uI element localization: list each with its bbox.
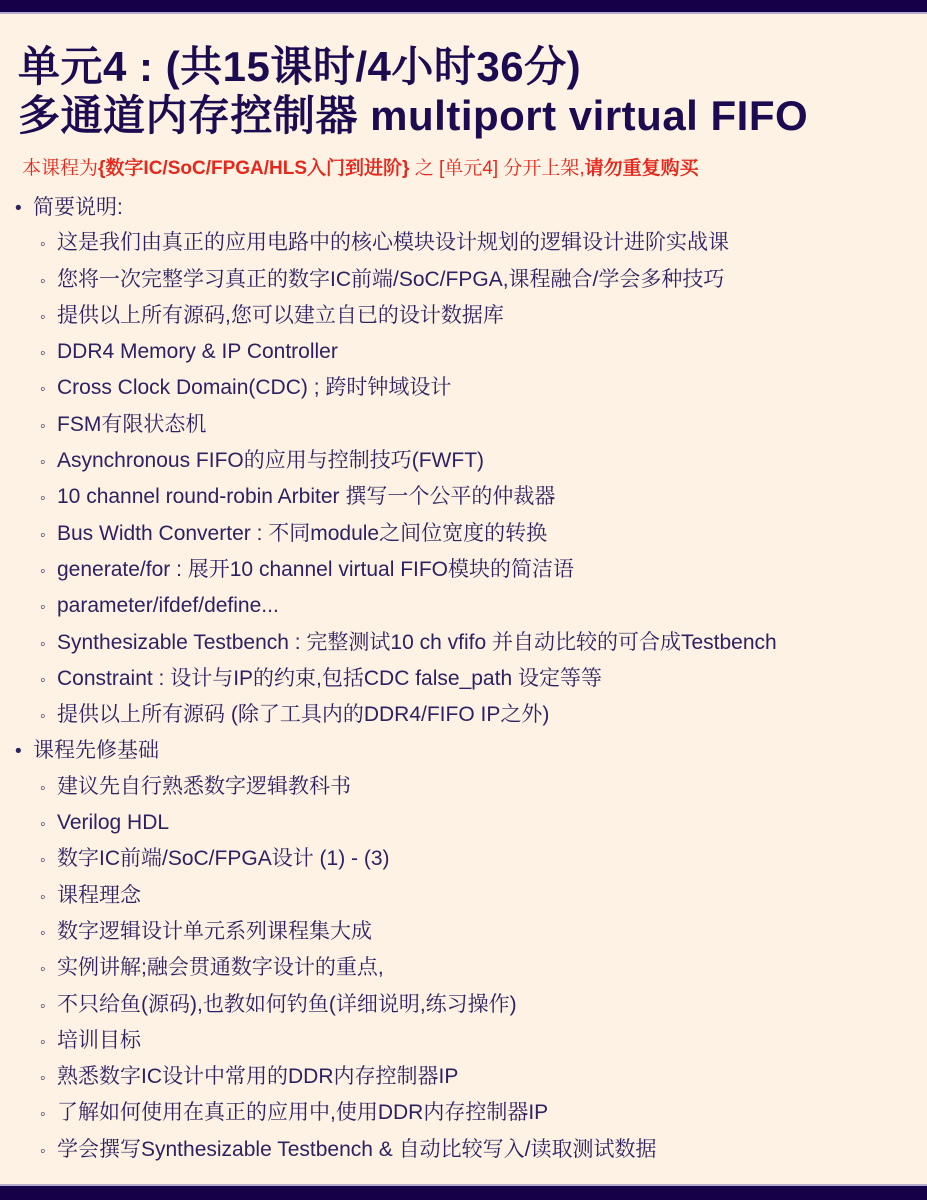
list-item: ◦FSM有限状态机 [0, 408, 927, 444]
top-bar [0, 0, 927, 14]
course-description-list: •简要说明: ◦这是我们由真正的应用电路中的核心模块设计规划的逻辑设计进阶实战课… [0, 191, 927, 1169]
list-item-label: 学会撰写Synthesizable Testbench & 自动比较写入/读取测… [57, 1138, 656, 1161]
list-item-label: 10 channel round-robin Arbiter 撰写一个公平的仲裁… [57, 485, 555, 508]
list-item: ◦提供以上所有源码 (除了工具内的DDR4/FIFO IP之外) [0, 698, 927, 734]
disc-bullet-icon: • [15, 735, 33, 769]
list-item-label: 实例讲解;融会贯通数字设计的重点, [57, 956, 384, 979]
list-item: ◦培训目标 [0, 1024, 927, 1060]
circle-bullet-icon: ◦ [40, 337, 57, 371]
list-item-label: DDR4 Memory & IP Controller [57, 340, 338, 363]
page-title-line2: 多通道内存控制器 multiport virtual FIFO [18, 91, 927, 140]
list-item: ◦数字IC前端/SoC/FPGA设计 (1) - (3) [0, 842, 927, 878]
circle-bullet-icon: ◦ [40, 228, 57, 262]
page-title-line1: 单元4 : (共15课时/4小时36分) [18, 42, 927, 91]
list-item: ◦generate/for : 展开10 channel virtual FIF… [0, 553, 927, 589]
list-item-label: 数字IC前端/SoC/FPGA设计 (1) - (3) [57, 847, 390, 870]
list-item-label: 培训目标 [57, 1029, 141, 1052]
list-item-label: Asynchronous FIFO的应用与控制技巧(FWFT) [57, 449, 484, 472]
list-item: ◦Asynchronous FIFO的应用与控制技巧(FWFT) [0, 444, 927, 480]
list-item-label: 提供以上所有源码 (除了工具内的DDR4/FIFO IP之外) [57, 703, 549, 726]
list-item: ◦建议先自行熟悉数字逻辑教科书 [0, 770, 927, 806]
notice-course-series: {数字IC/SoC/FPGA/HLS入门到进阶} [98, 158, 409, 179]
circle-bullet-icon: ◦ [40, 844, 57, 878]
list-item: ◦Bus Width Converter : 不同module之间位宽度的转换 [0, 517, 927, 553]
list-item-label: Constraint : 设计与IP的约束,包括CDC false_path 设… [57, 667, 602, 690]
list-item: ◦DDR4 Memory & IP Controller [0, 335, 927, 371]
list-item-label: 建议先自行熟悉数字逻辑教科书 [57, 775, 351, 798]
circle-bullet-icon: ◦ [40, 555, 57, 589]
list-item-label: 这是我们由真正的应用电路中的核心模块设计规划的逻辑设计进阶实战课 [57, 231, 729, 254]
circle-bullet-icon: ◦ [40, 700, 57, 734]
list-item-label: FSM有限状态机 [57, 413, 206, 436]
circle-bullet-icon: ◦ [40, 1098, 57, 1132]
section-heading: 简要说明: [33, 196, 123, 219]
circle-bullet-icon: ◦ [40, 664, 57, 698]
list-item-label: Synthesizable Testbench : 完整测试10 ch vfif… [57, 631, 777, 654]
circle-bullet-icon: ◦ [40, 953, 57, 987]
list-item-label: generate/for : 展开10 channel virtual FIFO… [57, 558, 574, 581]
circle-bullet-icon: ◦ [40, 482, 57, 516]
circle-bullet-icon: ◦ [40, 881, 57, 915]
list-item: ◦熟悉数字IC设计中常用的DDR内存控制器IP [0, 1060, 927, 1096]
list-item-label: Bus Width Converter : 不同module之间位宽度的转换 [57, 522, 547, 545]
circle-bullet-icon: ◦ [40, 373, 57, 407]
list-item: ◦Constraint : 设计与IP的约束,包括CDC false_path … [0, 662, 927, 698]
circle-bullet-icon: ◦ [40, 519, 57, 553]
list-item: ◦这是我们由真正的应用电路中的核心模块设计规划的逻辑设计进阶实战课 [0, 226, 927, 262]
circle-bullet-icon: ◦ [40, 301, 57, 335]
notice-prefix: 本课程为 [22, 158, 98, 179]
list-item: ◦Cross Clock Domain(CDC) ; 跨时钟域设计 [0, 371, 927, 407]
list-item: ◦Verilog HDL [0, 806, 927, 842]
notice-warning: 请勿重复购买 [585, 158, 699, 179]
circle-bullet-icon: ◦ [40, 990, 57, 1024]
list-item: ◦实例讲解;融会贯通数字设计的重点, [0, 951, 927, 987]
list-item: ◦数字逻辑设计单元系列课程集大成 [0, 915, 927, 951]
section-heading-row: •课程先修基础 [0, 734, 927, 769]
circle-bullet-icon: ◦ [40, 1026, 57, 1060]
purchase-notice: 本课程为{数字IC/SoC/FPGA/HLS入门到进阶} 之 [单元4] 分开上… [22, 156, 927, 182]
disc-bullet-icon: • [15, 192, 33, 226]
circle-bullet-icon: ◦ [40, 1062, 57, 1096]
circle-bullet-icon: ◦ [40, 446, 57, 480]
circle-bullet-icon: ◦ [40, 808, 57, 842]
list-item-label: 课程理念 [57, 884, 141, 907]
list-item: ◦课程理念 [0, 879, 927, 915]
list-item: ◦不只给鱼(源码),也教如何钓鱼(详细说明,练习操作) [0, 988, 927, 1024]
circle-bullet-icon: ◦ [40, 410, 57, 444]
list-item: ◦提供以上所有源码,您可以建立自已的设计数据库 [0, 299, 927, 335]
list-item-label: 提供以上所有源码,您可以建立自已的设计数据库 [57, 304, 504, 327]
list-item-label: parameter/ifdef/define... [57, 594, 279, 617]
list-item: ◦10 channel round-robin Arbiter 撰写一个公平的仲… [0, 480, 927, 516]
list-item: ◦了解如何使用在真正的应用中,使用DDR内存控制器IP [0, 1096, 927, 1132]
page-title: 单元4 : (共15课时/4小时36分) 多通道内存控制器 multiport … [18, 42, 927, 140]
list-item-label: 您将一次完整学习真正的数字IC前端/SoC/FPGA,课程融合/学会多种技巧 [57, 268, 724, 291]
list-item-label: Cross Clock Domain(CDC) ; 跨时钟域设计 [57, 376, 451, 399]
notice-middle: 之 [单元4] 分开上架, [409, 158, 584, 179]
list-item-label: Verilog HDL [57, 811, 169, 834]
list-item: ◦Synthesizable Testbench : 完整测试10 ch vfi… [0, 626, 927, 662]
section-heading: 课程先修基础 [33, 739, 159, 762]
circle-bullet-icon: ◦ [40, 772, 57, 806]
circle-bullet-icon: ◦ [40, 1135, 57, 1169]
bottom-bar [0, 1184, 927, 1200]
list-item-label: 不只给鱼(源码),也教如何钓鱼(详细说明,练习操作) [57, 993, 517, 1016]
list-item-label: 数字逻辑设计单元系列课程集大成 [57, 920, 372, 943]
circle-bullet-icon: ◦ [40, 591, 57, 625]
list-item-label: 了解如何使用在真正的应用中,使用DDR内存控制器IP [57, 1101, 548, 1124]
list-item-label: 熟悉数字IC设计中常用的DDR内存控制器IP [57, 1065, 458, 1088]
circle-bullet-icon: ◦ [40, 265, 57, 299]
section-heading-row: •简要说明: [0, 191, 927, 226]
list-item: ◦parameter/ifdef/define... [0, 589, 927, 625]
circle-bullet-icon: ◦ [40, 628, 57, 662]
list-item: ◦您将一次完整学习真正的数字IC前端/SoC/FPGA,课程融合/学会多种技巧 [0, 263, 927, 299]
list-item: ◦学会撰写Synthesizable Testbench & 自动比较写入/读取… [0, 1133, 927, 1169]
circle-bullet-icon: ◦ [40, 917, 57, 951]
